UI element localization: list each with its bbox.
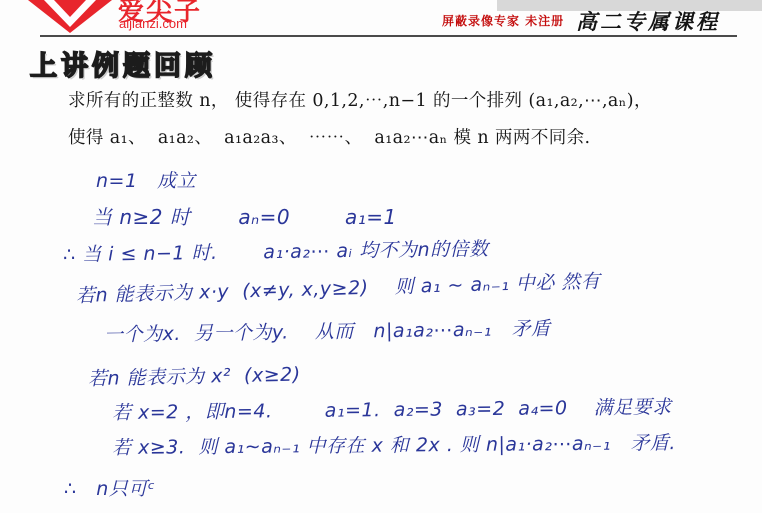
handwritten-note-8: 若 x≥3. 则 a₁~aₙ₋₁ 中存在 x 和 2x . 则 n|a₁·a₂⋯… bbox=[112, 428, 676, 460]
handwritten-note-2: 当 n≥2 时 aₙ=0 a₁=1 bbox=[92, 201, 397, 230]
recorder-watermark: 屏蔽录像专家 未注册 bbox=[442, 12, 564, 29]
problem-line-1: 求所有的正整数 n， 使得存在 0,1,2,⋯,n−1 的一个排列 (a₁,a₂… bbox=[68, 87, 652, 112]
lecture-slide: 爱尖子 aijianzi.com 屏蔽录像专家 未注册 高二专属课程 上讲例题回… bbox=[0, 0, 762, 513]
header-divider bbox=[40, 35, 737, 37]
handwritten-note-4: 若n 能表示为 x·y (x≠y, x,y≥2) 则 a₁ ~ aₙ₋₁ 中必 … bbox=[76, 266, 601, 308]
brand-domain: aijianzi.com bbox=[119, 16, 187, 31]
handwritten-note-3: ∴ 当 i ≤ n−1 时. a₁·a₂⋯ aᵢ 均不为n的倍数 bbox=[63, 234, 489, 267]
handwritten-note-9: ∴ n只可ᶜ bbox=[64, 474, 155, 501]
page-title: 上讲例题回顾 bbox=[30, 44, 216, 83]
handwritten-note-1: n=1 成立 bbox=[96, 166, 196, 193]
problem-line-2: 使得 a₁、 a₁a₂、 a₁a₂a₃、 ⋯⋯、 a₁a₂⋯aₙ 模 n 两两不… bbox=[68, 124, 590, 149]
course-title: 高二专属课程 bbox=[576, 6, 720, 36]
handwritten-note-6: 若n 能表示为 x² (x≥2) bbox=[88, 360, 301, 391]
handwritten-note-5: 一个为x. 另一个为y. 从而 n|a₁a₂⋯aₙ₋₁ 矛盾 bbox=[104, 314, 551, 347]
brand-logo-icon bbox=[28, 0, 112, 33]
handwritten-note-7: 若 x=2 ，即n=4. a₁=1. a₂=3 a₃=2 a₄=0 满足要求 bbox=[112, 392, 672, 425]
